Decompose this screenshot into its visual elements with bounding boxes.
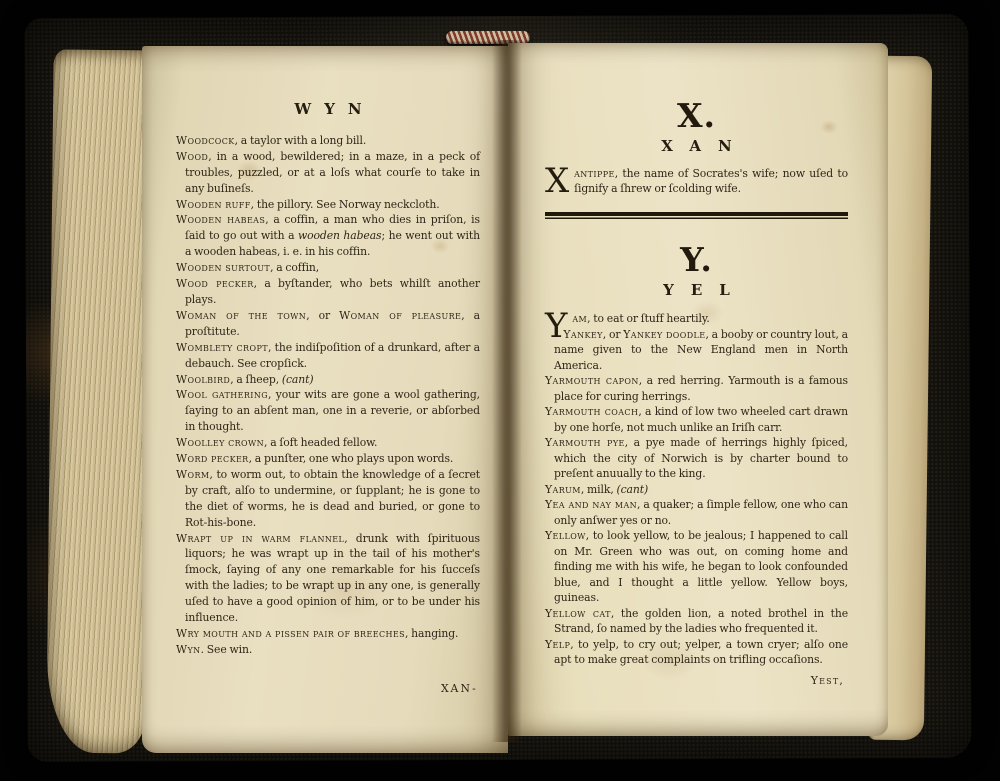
- dictionary-entry: Woman of the town, or Woman of pleasure,…: [176, 308, 480, 340]
- dictionary-entry: Yarmouth capon, a red herring. Yarmouth …: [545, 373, 848, 404]
- dictionary-entry: Yarmouth pye, a pye made of herrings hig…: [545, 435, 848, 482]
- dictionary-entry: Wood, in a wood, bewildered; in a maze, …: [176, 149, 480, 197]
- section-divider-rule: [545, 212, 848, 219]
- section-heading-x: X.: [545, 100, 848, 132]
- dictionary-entry: Wooden surtout, a coffin,: [176, 260, 480, 276]
- book-photograph: WYN Woodcock, a taylor with a long bill.…: [0, 0, 1000, 781]
- dictionary-entry: Wyn. See win.: [176, 642, 480, 658]
- running-head-xan: XAN: [545, 139, 848, 155]
- running-head-wyn: WYN: [176, 102, 480, 118]
- dictionary-entry: Yea and nay man, a quaker; a ſimple fell…: [545, 497, 848, 528]
- dictionary-entry: Yarum, milk, (cant): [545, 482, 848, 498]
- right-page-text: X. XAN Xantippe, the name of Socrates's …: [545, 98, 848, 688]
- left-page-text: WYN Woodcock, a taylor with a long bill.…: [176, 102, 480, 697]
- dictionary-entry: Xantippe, the name of Socrates's wife; n…: [545, 166, 848, 197]
- dictionary-entry: Woodcock, a taylor with a long bill.: [176, 133, 480, 149]
- dictionary-entry: Yarmouth coach, a kind of low two wheele…: [545, 404, 848, 435]
- dictionary-entry: Yam, to eat or ſtuff heartily.: [545, 311, 848, 327]
- dictionary-entry: Wooden ruff, the pillory. See Norway nec…: [176, 197, 480, 213]
- dictionary-entry: Yellow, to look yellow, to be jealous; I…: [545, 528, 848, 606]
- dictionary-entry: Yelp, to yelp, to cry out; yelper, a tow…: [545, 637, 848, 668]
- catchword-right: Yest,: [545, 673, 848, 689]
- dictionary-entry: Wool gathering, your wits are gone a woo…: [176, 387, 480, 435]
- x-section-entries: Xantippe, the name of Socrates's wife; n…: [545, 166, 848, 197]
- dictionary-entry: Womblety cropt, the indiſpoſition of a d…: [176, 340, 480, 372]
- drop-cap: X: [545, 166, 574, 195]
- page-gutter-shadow: [492, 40, 522, 742]
- dictionary-entry: Yellow cat, the golden lion, a noted bro…: [545, 606, 848, 637]
- dictionary-entry: Wood pecker, a byſtander, who bets whilſ…: [176, 276, 480, 308]
- running-head-yel: YEL: [545, 283, 848, 299]
- dictionary-entry: Wooden habeas, a coffin, a man who dies …: [176, 212, 480, 260]
- dictionary-entry: Word pecker, a punſter, one who plays up…: [176, 451, 480, 467]
- dictionary-entry: Wrapt up in warm flannel, drunk with ſpi…: [176, 531, 480, 626]
- y-section-entries: Yam, to eat or ſtuff heartily.Yankey, or…: [545, 311, 848, 668]
- page-fore-edge-stack: [46, 50, 151, 754]
- left-page-entries: Woodcock, a taylor with a long bill.Wood…: [176, 133, 480, 658]
- dictionary-entry: Yankey, or Yankey doodle, a booby or cou…: [545, 327, 848, 374]
- dictionary-entry: Wry mouth and a pissen pair of breeches,…: [176, 626, 480, 642]
- catchword-left: XAN-: [176, 681, 480, 697]
- dictionary-entry: Worm, to worm out, to obtain the knowled…: [176, 467, 480, 531]
- section-heading-y: Y.: [545, 244, 848, 276]
- dictionary-entry: Woolley crown, a ſoft headed fellow.: [176, 435, 480, 451]
- dictionary-entry: Woolbird, a ſheep, (cant): [176, 372, 480, 388]
